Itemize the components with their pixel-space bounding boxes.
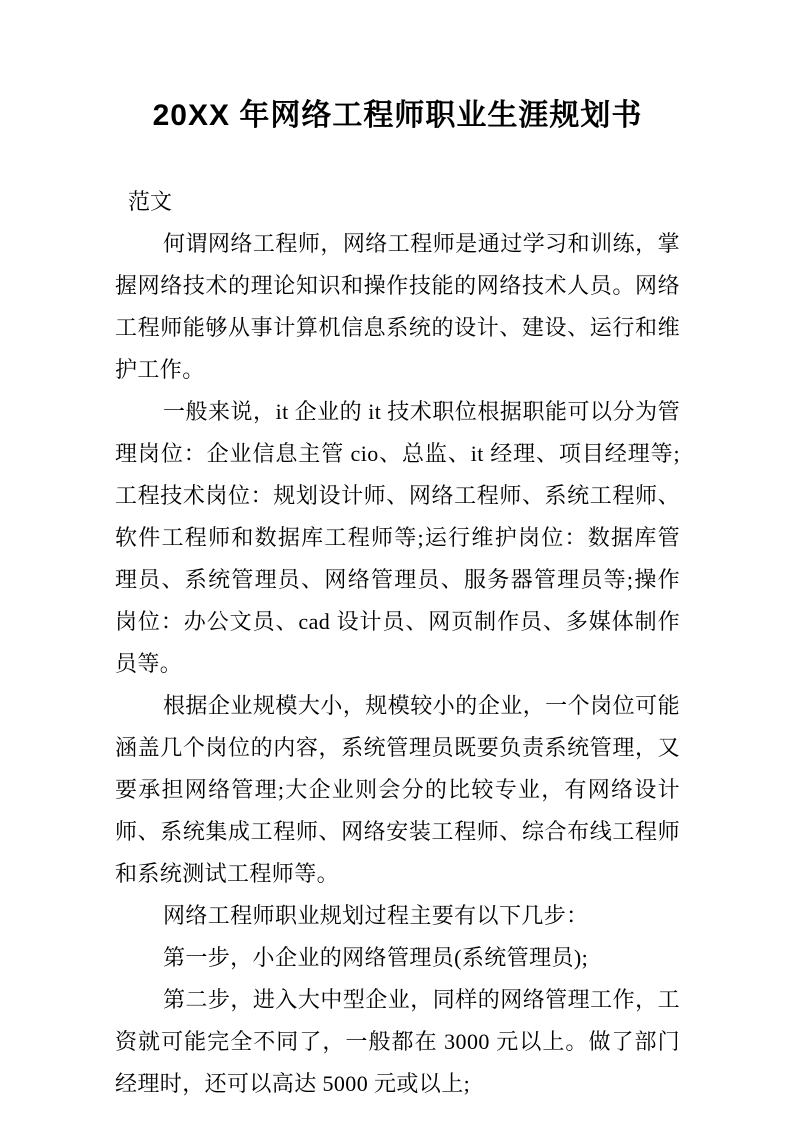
paragraph-step-one: 第一步，小企业的网络管理员(系统管理员); xyxy=(115,937,680,979)
paragraph-company-scale: 根据企业规模大小，规模较小的企业，一个岗位可能涵盖几个岗位的内容，系统管理员既要… xyxy=(115,685,680,895)
paragraph-what-is-network-engineer: 何谓网络工程师，网络工程师是通过学习和训练，掌握网络技术的理论知识和操作技能的网… xyxy=(115,223,680,391)
paragraph-planning-steps-intro: 网络工程师职业规划过程主要有以下几步： xyxy=(115,895,680,937)
paragraph-it-job-categories: 一般来说，it 企业的 it 技术职位根据职能可以分为管理岗位：企业信息主管 c… xyxy=(115,391,680,685)
sample-label: 范文 xyxy=(128,181,680,223)
document-title: 20XX 年网络工程师职业生涯规划书 xyxy=(115,97,680,135)
document-page: 20XX 年网络工程师职业生涯规划书 范文 何谓网络工程师，网络工程师是通过学习… xyxy=(0,0,793,1122)
paragraph-step-two: 第二步，进入大中型企业，同样的网络管理工作，工资就可能完全不同了，一般都在 30… xyxy=(115,979,680,1105)
document-body: 何谓网络工程师，网络工程师是通过学习和训练，掌握网络技术的理论知识和操作技能的网… xyxy=(115,223,680,1105)
